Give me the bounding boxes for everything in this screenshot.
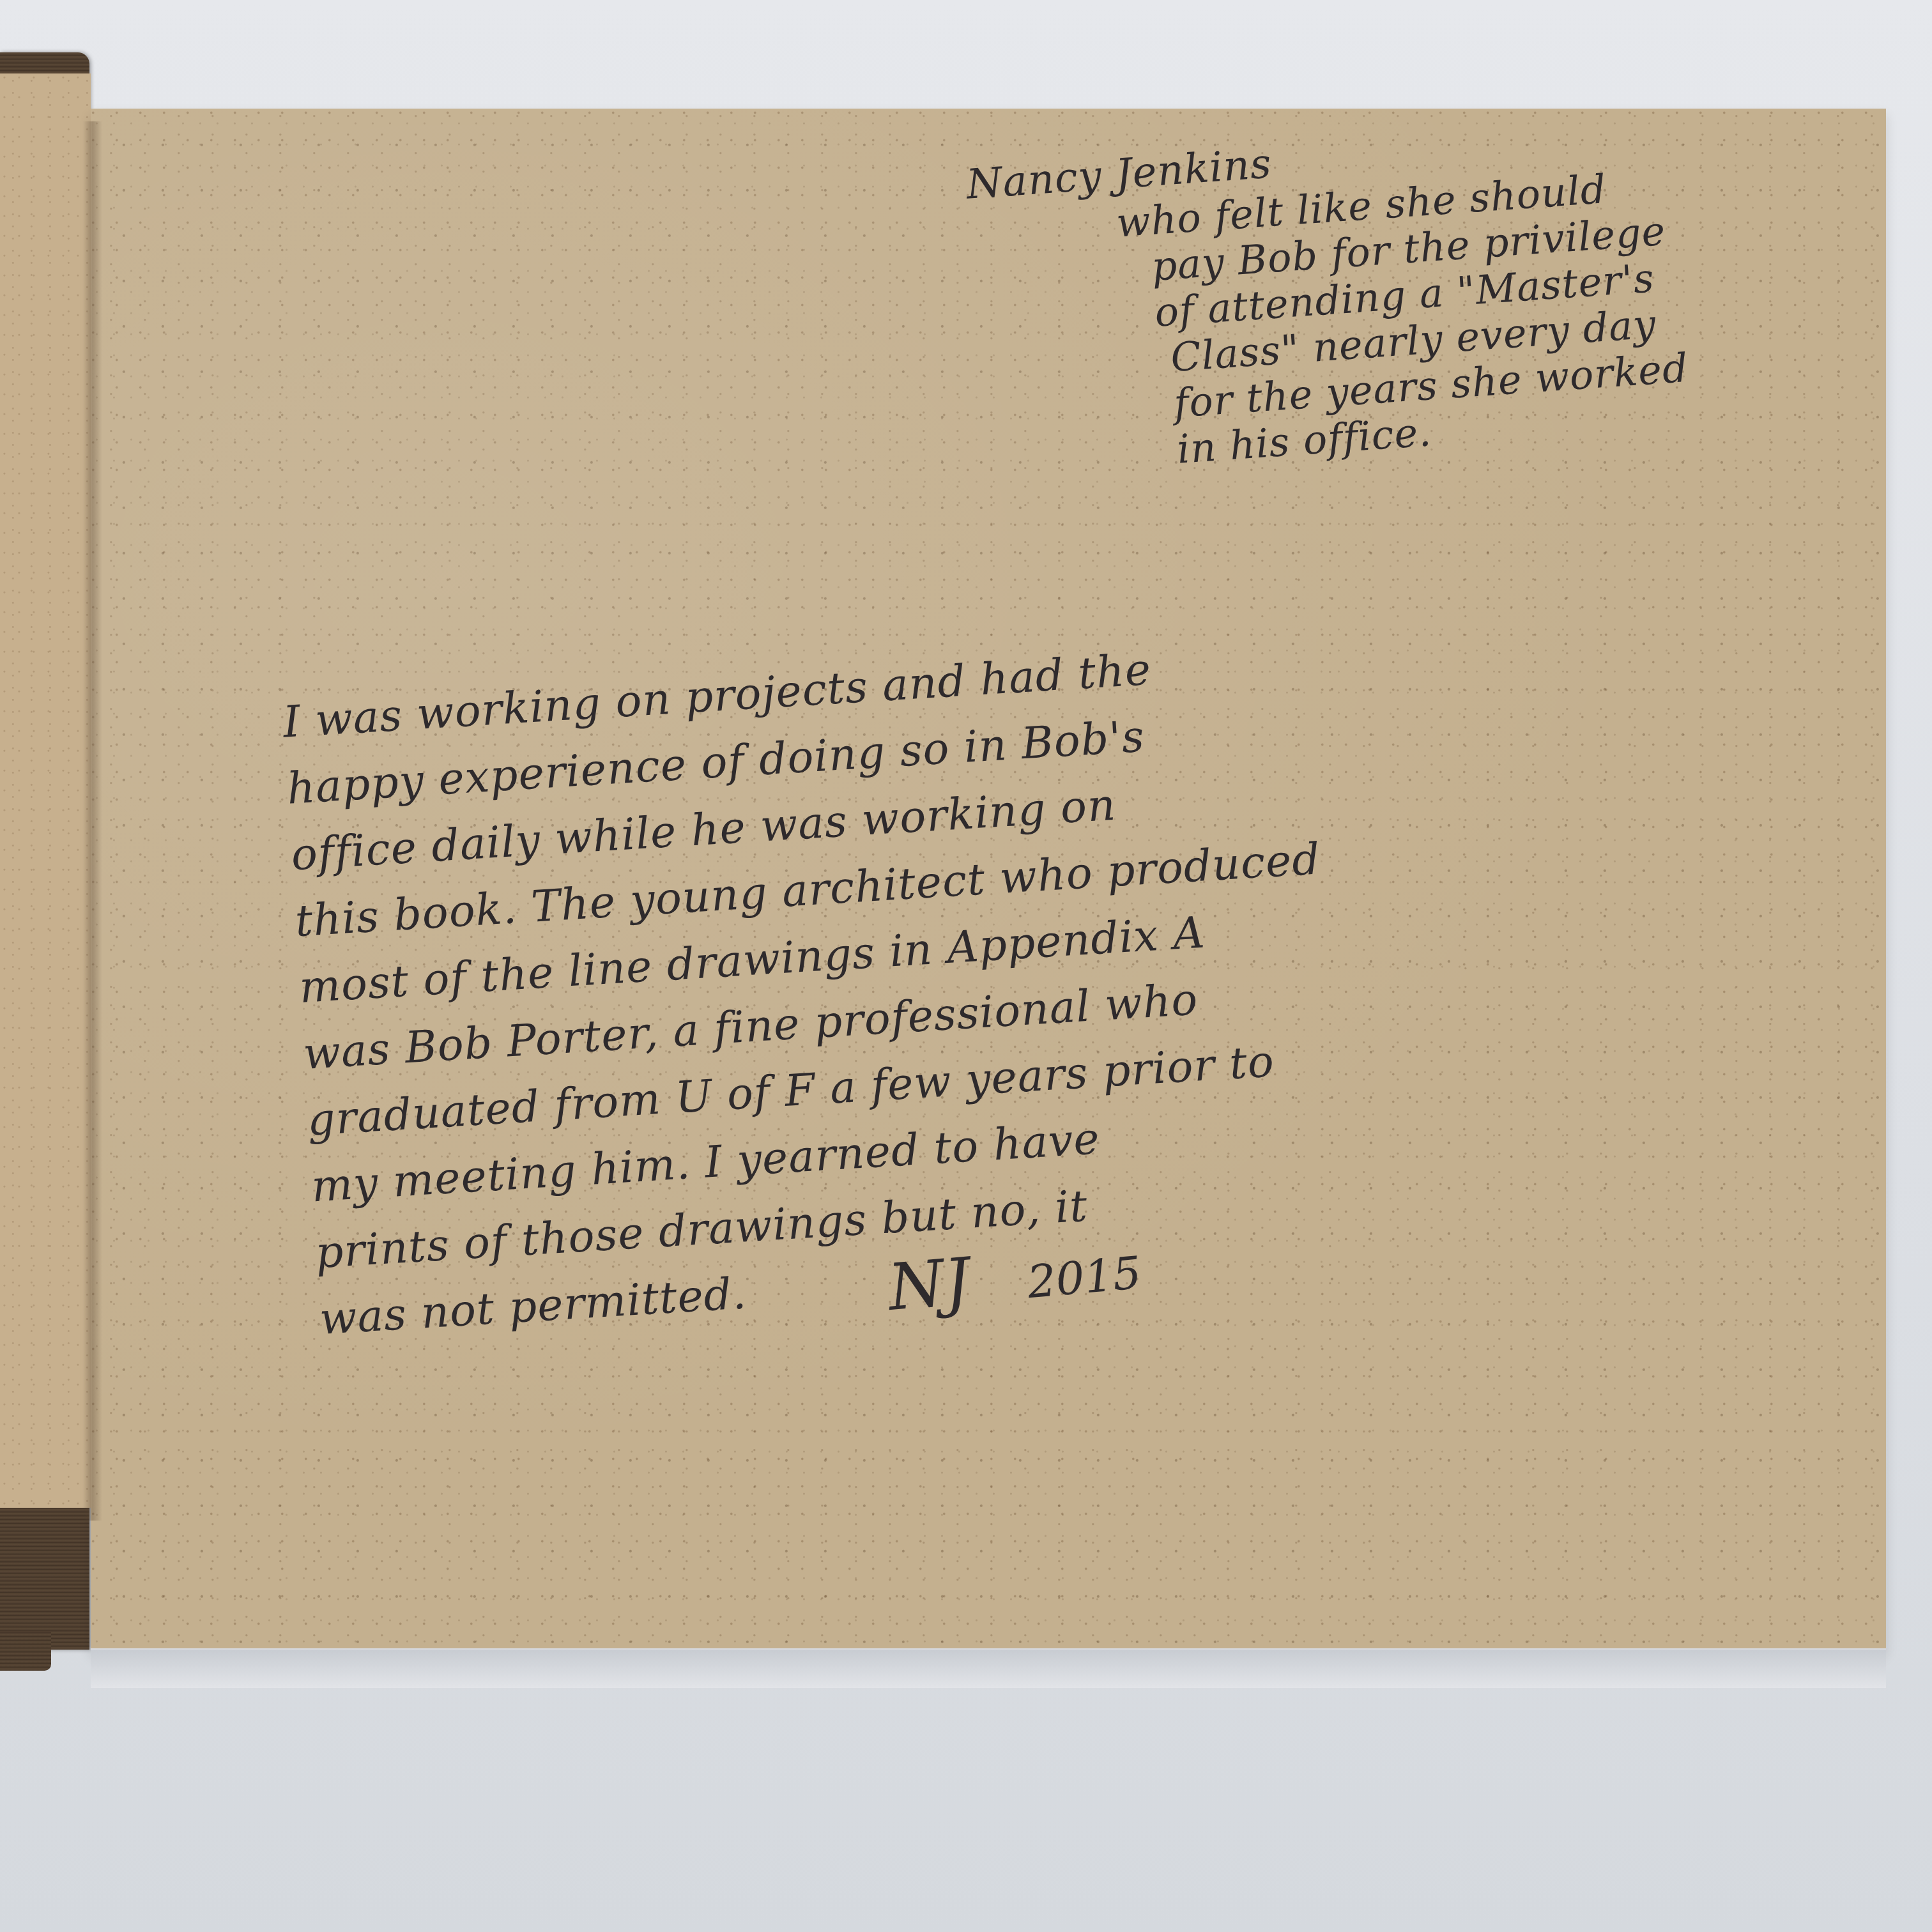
left-page-sliver xyxy=(0,73,91,1508)
photo-scene: Nancy Jenkins who felt like she should p… xyxy=(0,0,1932,1932)
handwritten-note-top: Nancy Jenkins who felt like she should p… xyxy=(965,111,1693,486)
book-cover-bottom-corner xyxy=(0,1632,51,1671)
signature-year: 2015 xyxy=(1025,1246,1144,1308)
book-gutter xyxy=(83,121,102,1521)
handwritten-note-main: I was working on projects and had the ha… xyxy=(281,627,1347,1353)
page-edge-shadow xyxy=(91,1650,1886,1688)
signature-initials: NJ xyxy=(885,1243,973,1325)
